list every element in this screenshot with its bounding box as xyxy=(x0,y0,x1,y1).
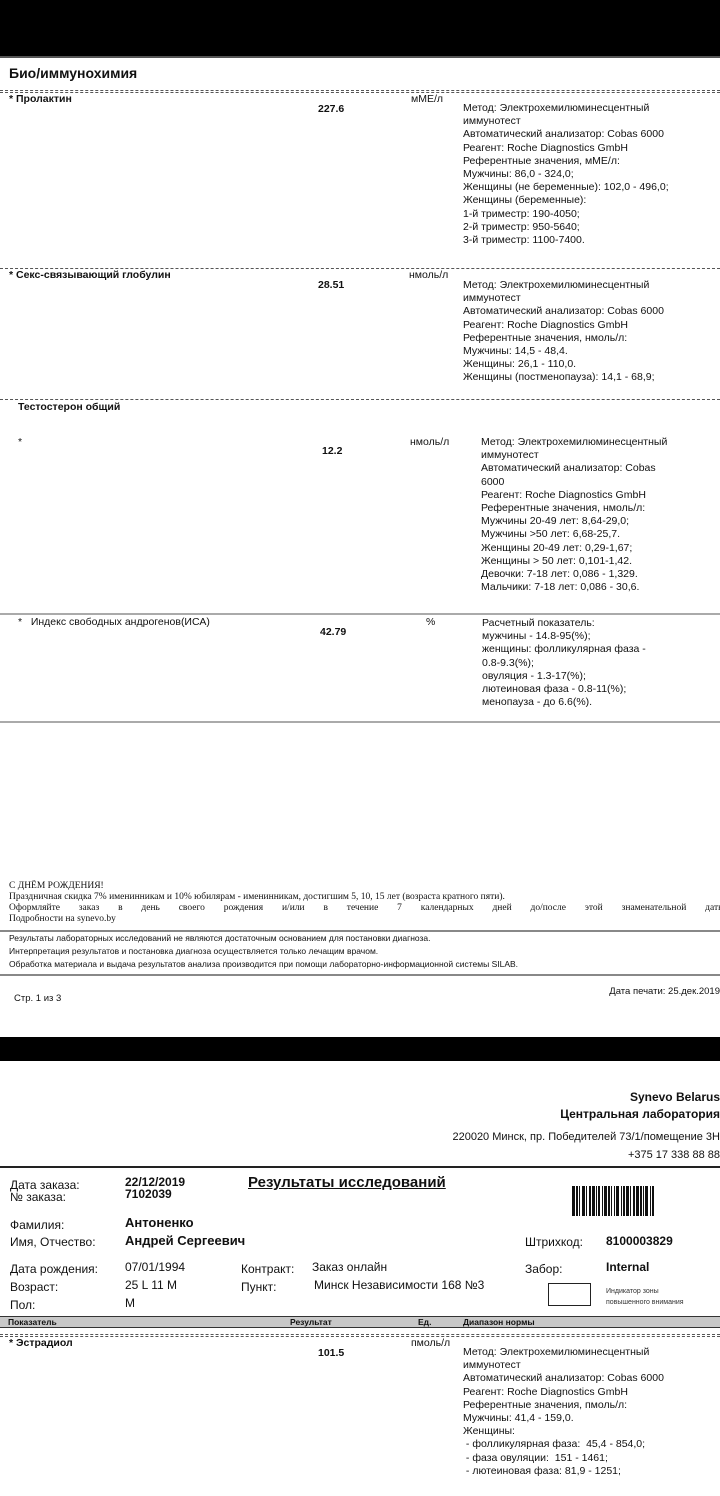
promo-word: день xyxy=(141,903,159,914)
test-reference: Метод: Электрохемилюминесцентныйиммуноте… xyxy=(463,279,664,385)
divider xyxy=(0,1166,720,1168)
divider xyxy=(0,56,720,58)
divider xyxy=(0,1334,720,1335)
test-group-name: Тестостерон общий xyxy=(18,401,120,413)
promo-word: этой xyxy=(585,903,603,914)
attention-indicator-box xyxy=(548,1283,591,1306)
col-header-range: Диапазон нормы xyxy=(463,1317,535,1328)
test-name: * Пролактин xyxy=(9,93,72,105)
point-value: Минск Независимости 168 №3 xyxy=(314,1278,484,1292)
lab-address: 220020 Минск, пр. Победителей 73/1/помещ… xyxy=(452,1131,720,1143)
order-number-value: 7102039 xyxy=(125,1187,172,1201)
promo-word: рождения xyxy=(224,903,263,914)
reference-line: Референтные значения, мМЕ/л: xyxy=(463,155,669,168)
divider xyxy=(0,930,720,932)
reference-line: Мужчины: 86,0 - 324,0; xyxy=(463,168,669,181)
name-label: Имя, Отчество: xyxy=(10,1235,96,1249)
reference-line: Референтные значения, нмоль/л: xyxy=(481,502,667,515)
top-black-bar xyxy=(0,0,720,56)
table-header: Показатель Результат Ед. Диапазон нормы xyxy=(0,1316,720,1328)
reference-line: Мальчики: 7-18 лет: 0,086 - 30,6. xyxy=(481,581,667,594)
promo-word: в xyxy=(118,903,123,914)
divider xyxy=(0,974,720,976)
promo-word: в xyxy=(323,903,328,914)
reference-line: мужчины - 14.8-95(%); xyxy=(482,630,646,643)
reference-line: 0.8-9.3(%); xyxy=(482,657,646,670)
indicator-text: Индикатор зоны xyxy=(606,1288,659,1295)
reference-line: Автоматический анализатор: Cobas 6000 xyxy=(463,305,664,318)
promo-line-justified: Оформляйтезаказвденьсвоегорожденияи/илив… xyxy=(9,903,720,914)
surname-label: Фамилия: xyxy=(10,1218,64,1232)
reference-line: менопауза - до 6.6(%). xyxy=(482,696,646,709)
print-date: Дата печати: 25.дек.2019 xyxy=(609,986,720,997)
reference-line: - фолликулярная фаза: 45,4 - 854,0; xyxy=(463,1438,664,1451)
promo-word: заказ xyxy=(79,903,99,914)
promo-word: и/или xyxy=(282,903,305,914)
reference-line: Реагент: Roche Diagnostics GmbH xyxy=(481,489,667,502)
disclaimer-line: Интерпретация результатов и постановка д… xyxy=(9,946,378,957)
reference-line: Девочки: 7-18 лет: 0,086 - 1,329. xyxy=(481,568,667,581)
section-title: Био/иммунохимия xyxy=(9,65,137,81)
reference-line: иммунотест xyxy=(481,449,667,462)
reference-line: Референтные значения, нмоль/л: xyxy=(463,332,664,345)
reference-line: иммунотест xyxy=(463,292,664,305)
reference-line: иммунотест xyxy=(463,1359,664,1372)
reference-line: 3-й триместр: 1100-7400. xyxy=(463,234,669,247)
reference-line: 2-й триместр: 950-5640; xyxy=(463,221,669,234)
reference-line: Мужчины: 41,4 - 159,0. xyxy=(463,1412,664,1425)
promo-word: своего xyxy=(179,903,205,914)
age-value: 25 L 11 M xyxy=(125,1278,177,1292)
report-title: Результаты исследований xyxy=(248,1174,446,1191)
test-reference: Метод: Электрохемилюминесцентныйиммуноте… xyxy=(481,436,667,594)
promo-title: С ДНЁМ РОЖДЕНИЯ! xyxy=(9,881,104,892)
reference-line: Автоматический анализатор: Cobas 6000 xyxy=(463,1372,664,1385)
surname-value: Антоненко xyxy=(125,1215,194,1230)
dob-label: Дата рождения: xyxy=(10,1262,98,1276)
promo-word: календарных xyxy=(421,903,474,914)
reference-line: Реагент: Roche Diagnostics GmbH xyxy=(463,142,669,155)
col-header-unit: Ед. xyxy=(418,1317,431,1328)
test-name: * xyxy=(18,436,22,448)
reference-line: Женщины (беременные): xyxy=(463,194,669,207)
promo-word: до/после xyxy=(531,903,566,914)
reference-line: Мужчины: 14,5 - 48,4. xyxy=(463,345,664,358)
contract-value: Заказ онлайн xyxy=(312,1260,387,1274)
indicator-text: повышенного внимания xyxy=(606,1299,684,1306)
reference-line: Женщины (постменопауза): 14,1 - 68,9; xyxy=(463,371,664,384)
test-unit: % xyxy=(426,616,435,628)
reference-line: Женщины (не беременные): 102,0 - 496,0; xyxy=(463,181,669,194)
promo-word: Оформляйте xyxy=(9,903,60,914)
reference-line: Расчетный показатель: xyxy=(482,617,646,630)
reference-line: Мужчины 20-49 лет: 8,64-29,0; xyxy=(481,515,667,528)
divider xyxy=(0,613,720,615)
reference-line: Референтные значения, пмоль/л: xyxy=(463,1399,664,1412)
reference-line: Автоматический анализатор: Cobas xyxy=(481,462,667,475)
test-unit: нмоль/л xyxy=(409,269,448,281)
divider xyxy=(0,90,720,91)
reference-line: женщины: фолликулярная фаза - xyxy=(482,643,646,656)
reference-line: Метод: Электрохемилюминесцентный xyxy=(463,102,669,115)
reference-line: Реагент: Roche Diagnostics GmbH xyxy=(463,1386,664,1399)
reference-line: иммунотест xyxy=(463,115,669,128)
lab-phone: +375 17 338 88 88 xyxy=(628,1149,720,1161)
test-result: 28.51 xyxy=(318,279,344,291)
test-unit: нмоль/л xyxy=(410,436,449,448)
test-reference: Метод: Электрохемилюминесцентныйиммуноте… xyxy=(463,102,669,247)
reference-line: Метод: Электрохемилюминесцентный xyxy=(481,436,667,449)
reference-line: Женщины 20-49 лет: 0,29-1,67; xyxy=(481,542,667,555)
reference-line: Реагент: Roche Diagnostics GmbH xyxy=(463,319,664,332)
sex-label: Пол: xyxy=(10,1298,35,1312)
reference-line: Автоматический анализатор: Cobas 6000 xyxy=(463,128,669,141)
promo-word: 7 xyxy=(397,903,402,914)
test-reference: Расчетный показатель:мужчины - 14.8-95(%… xyxy=(482,617,646,709)
test-name: * Секс-связывающий глобулин xyxy=(9,269,171,281)
reference-line: Метод: Электрохемилюминесцентный xyxy=(463,1346,664,1359)
reference-line: 1-й триместр: 190-4050; xyxy=(463,208,669,221)
reference-line: Женщины: xyxy=(463,1425,664,1438)
col-header-indicator: Показатель xyxy=(8,1317,57,1328)
promo-word: дней xyxy=(492,903,511,914)
contract-label: Контракт: xyxy=(241,1262,294,1276)
col-header-result: Результат xyxy=(290,1317,332,1328)
page-number: Стр. 1 из 3 xyxy=(14,993,61,1004)
divider xyxy=(0,1336,720,1337)
collection-value: Internal xyxy=(606,1260,649,1274)
dob-value: 07/01/1994 xyxy=(125,1260,185,1274)
order-number-label: № заказа: xyxy=(10,1190,66,1204)
promo-word: даты. xyxy=(705,903,720,914)
reference-line: - фаза овуляции: 151 - 1461; xyxy=(463,1452,664,1465)
divider xyxy=(0,399,720,400)
reference-line: Метод: Электрохемилюминесцентный xyxy=(463,279,664,292)
age-label: Возраст: xyxy=(10,1280,58,1294)
reference-line: Мужчины >50 лет: 6,68-25,7. xyxy=(481,528,667,541)
reference-line: Женщины: 26,1 - 110,0. xyxy=(463,358,664,371)
sex-value: M xyxy=(125,1296,135,1310)
test-reference: Метод: Электрохемилюминесцентныйиммуноте… xyxy=(463,1346,664,1478)
reference-line: овуляция - 1.3-17(%); xyxy=(482,670,646,683)
lab-company: Synevo Belarus xyxy=(630,1090,720,1104)
promo-line: Праздничная скидка 7% именинникам и 10% … xyxy=(9,892,505,903)
barcode-value: 8100003829 xyxy=(606,1234,673,1248)
lab-name: Центральная лаборатория xyxy=(560,1107,720,1121)
reference-line: Женщины > 50 лет: 0,101-1,42. xyxy=(481,555,667,568)
test-unit: мМЕ/л xyxy=(411,93,443,105)
reference-line: 6000 xyxy=(481,476,667,489)
test-name: * Индекс свободных андрогенов(ИСА) xyxy=(18,616,210,628)
promo-word: знаменательной xyxy=(622,903,687,914)
promo-link[interactable]: Подробности на synevo.by xyxy=(9,914,116,925)
test-result: 101.5 xyxy=(318,1347,344,1359)
disclaimer-line: Обработка материала и выдача результатов… xyxy=(9,959,518,970)
barcode-label: Штрихкод: xyxy=(525,1235,583,1249)
page-separator-bar xyxy=(0,1037,720,1061)
divider xyxy=(0,92,720,93)
test-unit: пмоль/л xyxy=(411,1337,450,1349)
name-value: Андрей Сергеевич xyxy=(125,1233,245,1248)
disclaimer-line: Результаты лабораторных исследований не … xyxy=(9,933,431,944)
promo-word: течение xyxy=(347,903,379,914)
test-result: 42.79 xyxy=(320,626,346,638)
barcode-image xyxy=(572,1186,675,1216)
divider xyxy=(0,721,720,723)
reference-line: лютеиновая фаза - 0.8-11(%); xyxy=(482,683,646,696)
test-name: * Эстрадиол xyxy=(9,1337,73,1349)
reference-line: - лютеиновая фаза: 81,9 - 1251; xyxy=(463,1465,664,1478)
collection-label: Забор: xyxy=(525,1262,562,1276)
test-result: 12.2 xyxy=(322,445,342,457)
point-label: Пункт: xyxy=(241,1280,276,1294)
test-result: 227.6 xyxy=(318,103,344,115)
